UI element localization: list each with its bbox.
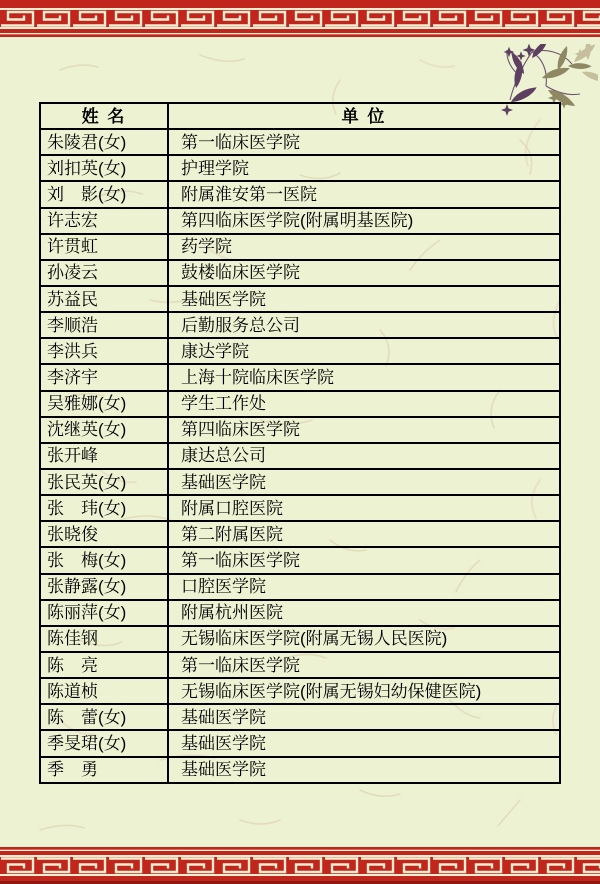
name-cell: 许贯虹 [40,234,168,260]
table-row: 李济宇上海十院临床医学院 [40,364,560,390]
name-cell: 吴雅娜(女) [40,391,168,417]
table-row: 刘 影(女)附属淮安第一医院 [40,181,560,207]
table-row: 陈丽萍(女)附属杭州医院 [40,600,560,626]
unit-cell: 第四临床医学院(附属明基医院) [168,208,560,234]
unit-cell: 基础医学院 [168,704,560,730]
name-cell: 苏益民 [40,286,168,312]
name-cell: 朱陵君(女) [40,129,168,155]
table-row: 沈继英(女)第四临床医学院 [40,417,560,443]
name-cell: 陈佳钢 [40,626,168,652]
unit-cell: 学生工作处 [168,391,560,417]
name-cell: 李顺浩 [40,312,168,338]
unit-cell: 第二附属医院 [168,521,560,547]
name-cell: 张 玮(女) [40,495,168,521]
top-border-ornament [0,0,600,37]
unit-cell: 基础医学院 [168,469,560,495]
table-row: 陈 亮第一临床医学院 [40,652,560,678]
table-header-row: 姓 名 单 位 [40,103,560,129]
table-row: 吴雅娜(女)学生工作处 [40,391,560,417]
unit-cell: 第四临床医学院 [168,417,560,443]
name-cell: 刘扣英(女) [40,155,168,181]
unit-cell: 后勤服务总公司 [168,312,560,338]
bottom-border-ornament [0,847,600,884]
name-cell: 张晓俊 [40,521,168,547]
table-row: 陈道桢无锡临床医学院(附属无锡妇幼保健医院) [40,678,560,704]
table-row: 陈佳钢无锡临床医学院(附属无锡人民医院) [40,626,560,652]
table-row: 季 勇基础医学院 [40,757,560,783]
unit-cell: 基础医学院 [168,757,560,783]
roster-table: 姓 名 单 位 朱陵君(女)第一临床医学院刘扣英(女)护理学院刘 影(女)附属淮… [39,102,561,784]
unit-cell: 第一临床医学院 [168,129,560,155]
name-cell: 张开峰 [40,443,168,469]
name-cell: 陈 亮 [40,652,168,678]
table-row: 张 梅(女)第一临床医学院 [40,547,560,573]
unit-cell: 无锡临床医学院(附属无锡人民医院) [168,626,560,652]
name-cell: 陈 蕾(女) [40,704,168,730]
name-cell: 陈丽萍(女) [40,600,168,626]
table-row: 张 玮(女)附属口腔医院 [40,495,560,521]
table-row: 许贯虹药学院 [40,234,560,260]
unit-cell: 口腔医学院 [168,574,560,600]
unit-cell: 基础医学院 [168,286,560,312]
unit-cell: 康达总公司 [168,443,560,469]
table-row: 刘扣英(女)护理学院 [40,155,560,181]
table-row: 苏益民基础医学院 [40,286,560,312]
table-row: 李顺浩后勤服务总公司 [40,312,560,338]
unit-cell: 第一临床医学院 [168,652,560,678]
unit-cell: 基础医学院 [168,730,560,756]
table-row: 张民英(女)基础医学院 [40,469,560,495]
unit-cell: 附属口腔医院 [168,495,560,521]
unit-cell: 附属淮安第一医院 [168,181,560,207]
name-cell: 张民英(女) [40,469,168,495]
name-cell: 李济宇 [40,364,168,390]
name-cell: 季旻珺(女) [40,730,168,756]
page: { "page": { "background_color": "#edf2d3… [0,0,600,884]
table-row: 陈 蕾(女)基础医学院 [40,704,560,730]
name-column-header: 姓 名 [40,103,168,129]
unit-cell: 上海十院临床医学院 [168,364,560,390]
name-cell: 许志宏 [40,208,168,234]
unit-cell: 药学院 [168,234,560,260]
table-row: 张晓俊第二附属医院 [40,521,560,547]
name-cell: 张静露(女) [40,574,168,600]
unit-cell: 康达学院 [168,338,560,364]
table-row: 季旻珺(女)基础医学院 [40,730,560,756]
name-cell: 刘 影(女) [40,181,168,207]
roster-table-body: 朱陵君(女)第一临床医学院刘扣英(女)护理学院刘 影(女)附属淮安第一医院许志宏… [40,129,560,783]
unit-cell: 鼓楼临床医学院 [168,260,560,286]
name-cell: 陈道桢 [40,678,168,704]
name-cell: 孙凌云 [40,260,168,286]
table-row: 张静露(女)口腔医学院 [40,574,560,600]
name-cell: 张 梅(女) [40,547,168,573]
name-cell: 李洪兵 [40,338,168,364]
table-row: 李洪兵康达学院 [40,338,560,364]
unit-cell: 无锡临床医学院(附属无锡妇幼保健医院) [168,678,560,704]
table-row: 孙凌云鼓楼临床医学院 [40,260,560,286]
unit-cell: 附属杭州医院 [168,600,560,626]
name-cell: 季 勇 [40,757,168,783]
table-row: 许志宏第四临床医学院(附属明基医院) [40,208,560,234]
table-row: 朱陵君(女)第一临床医学院 [40,129,560,155]
name-cell: 沈继英(女) [40,417,168,443]
unit-cell: 护理学院 [168,155,560,181]
table-row: 张开峰康达总公司 [40,443,560,469]
unit-column-header: 单 位 [168,103,560,129]
unit-cell: 第一临床医学院 [168,547,560,573]
